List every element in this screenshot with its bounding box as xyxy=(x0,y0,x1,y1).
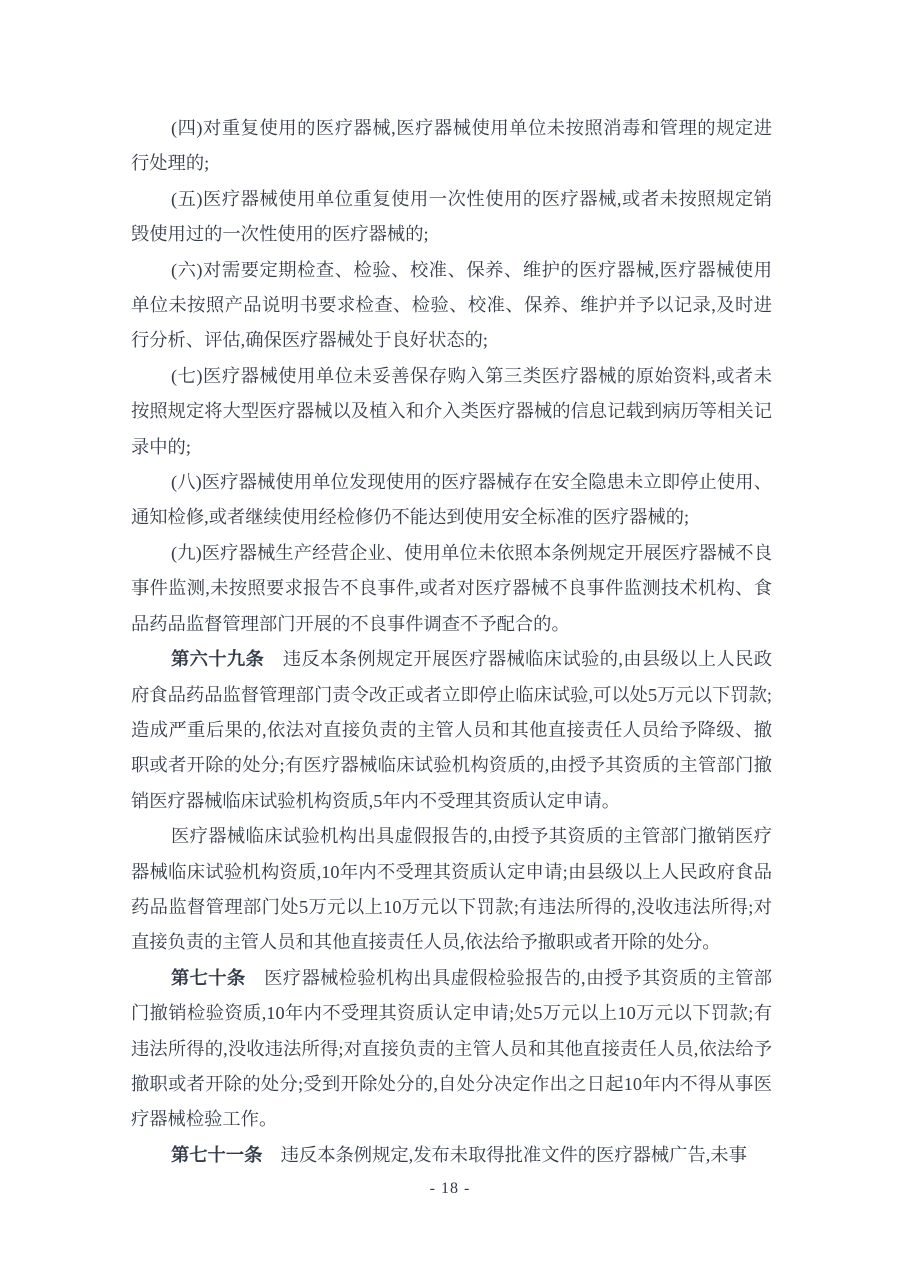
clause-item-4: (四)对重复使用的医疗器械,医疗器械使用单位未按照消毒和管理的规定进行处理的; xyxy=(131,111,772,182)
article-text: 医疗器械临床试验机构出具虚假报告的,由授予其资质的主管部门撤销医疗器械临床试验机… xyxy=(131,826,772,952)
article-69: 第六十九条 违反本条例规定开展医疗器械临床试验的,由县级以上人民政府食品药品监督… xyxy=(131,642,772,819)
clause-text: (六)对需要定期检查、检验、校准、保养、维护的医疗器械,医疗器械使用单位未按照产… xyxy=(131,260,772,351)
article-70: 第七十条 医疗器械检验机构出具虚假检验报告的,由授予其资质的主管部门撤销检验资质… xyxy=(131,961,772,1138)
document-page: (四)对重复使用的医疗器械,医疗器械使用单位未按照消毒和管理的规定进行处理的; … xyxy=(0,0,900,1273)
clause-item-6: (六)对需要定期检查、检验、校准、保养、维护的医疗器械,医疗器械使用单位未按照产… xyxy=(131,253,772,359)
clause-text: (八)医疗器械使用单位发现使用的医疗器械存在安全隐患未立即停止使用、通知检修,或… xyxy=(131,472,772,527)
article-71: 第七十一条 违反本条例规定,发布未取得批准文件的医疗器械广告,未事 xyxy=(131,1138,772,1173)
document-body: (四)对重复使用的医疗器械,医疗器械使用单位未按照消毒和管理的规定进行处理的; … xyxy=(131,111,772,1173)
article-number: 第六十九条 xyxy=(171,649,264,669)
article-number: 第七十条 xyxy=(171,968,246,988)
article-text: 违反本条例规定,发布未取得批准文件的医疗器械广告,未事 xyxy=(262,1145,746,1165)
clause-item-7: (七)医疗器械使用单位未妥善保存购入第三类医疗器械的原始资料,或者未按照规定将大… xyxy=(131,359,772,465)
clause-text: (五)医疗器械使用单位重复使用一次性使用的医疗器械,或者未按照规定销毁使用过的一… xyxy=(131,189,772,244)
article-number: 第七十一条 xyxy=(171,1145,262,1165)
clause-item-9: (九)医疗器械生产经营企业、使用单位未依照本条例规定开展医疗器械不良事件监测,未… xyxy=(131,536,772,642)
article-text: 违反本条例规定开展医疗器械临床试验的,由县级以上人民政府食品药品监督管理部门责令… xyxy=(131,649,772,811)
article-text: 医疗器械检验机构出具虚假检验报告的,由授予其资质的主管部门撤销检验资质,10年内… xyxy=(131,968,772,1130)
clause-item-8: (八)医疗器械使用单位发现使用的医疗器械存在安全隐患未立即停止使用、通知检修,或… xyxy=(131,465,772,536)
clause-text: (九)医疗器械生产经营企业、使用单位未依照本条例规定开展医疗器械不良事件监测,未… xyxy=(131,543,772,634)
clause-text: (四)对重复使用的医疗器械,医疗器械使用单位未按照消毒和管理的规定进行处理的; xyxy=(131,118,772,173)
clause-item-5: (五)医疗器械使用单位重复使用一次性使用的医疗器械,或者未按照规定销毁使用过的一… xyxy=(131,182,772,253)
clause-text: (七)医疗器械使用单位未妥善保存购入第三类医疗器械的原始资料,或者未按照规定将大… xyxy=(131,366,772,457)
page-number: - 18 - xyxy=(0,1178,900,1200)
article-69-paragraph-2: 医疗器械临床试验机构出具虚假报告的,由授予其资质的主管部门撤销医疗器械临床试验机… xyxy=(131,819,772,961)
